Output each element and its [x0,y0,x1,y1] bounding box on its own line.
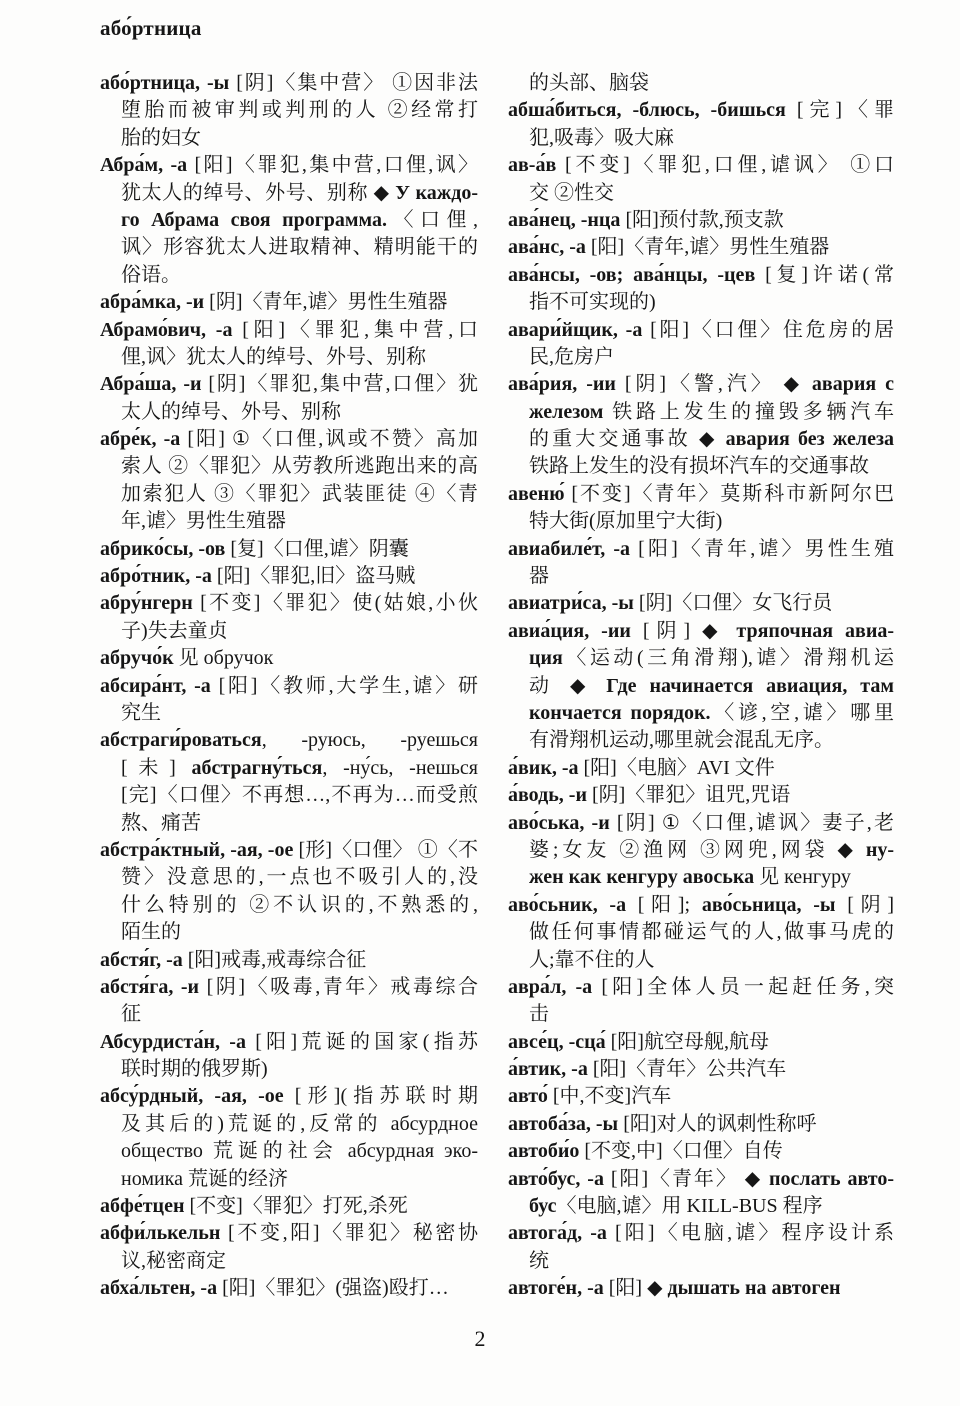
dictionary-entry: абфе́тцен [不变]〈罪犯〉打死,杀死 [100,1193,478,1220]
text-run: 〈电脑,谑〉用 KILL-BUS 程序 [557,1195,823,1217]
text-run: [阳] ①〈口俚,讽或不赞〉高加 [180,428,478,450]
entry-line: 动 ◆ Где начинается авиация, там [508,673,894,700]
entry-line: а́вик, -а [阳]〈电脑〉AVI 文件 [508,755,894,782]
headword-run: абфи́лькельн [100,1222,220,1244]
text-run: 子)失去童贞 [121,620,228,642]
headword-run: Абра́м, -а [100,154,187,176]
text-run: 动 ◆ [529,675,606,697]
entry-line: а́водь, -и [阴]〈罪犯〉诅咒,咒语 [508,782,894,809]
headword-run: Абра́ша, -и [100,373,202,395]
entry-line: авто́ [中,不变]汽车 [508,1083,894,1110]
text-run: 〈谚,空,谑〉哪里 [711,702,894,724]
entry-line: абстра́ктный, -ая, -ое [形]〈口俚〉 ①〈不 [100,837,478,864]
entry-line: автоге́н, -а [阳] ◆ дышать на автоген [508,1275,894,1302]
headword-run: аво́ська, -и [508,812,610,834]
entry-line: 究生 [100,700,478,727]
headword-run: авиатри́са, -ы [508,592,634,614]
entry-line: 的头部、脑袋 [508,70,894,97]
text-run: 的重大交通事故 ◆ [529,428,726,450]
dictionary-entry: а́вик, -а [阳]〈电脑〉AVI 文件 [508,755,894,782]
text-run: [阳]〈口俚〉住危房的居 [642,319,894,341]
headword-run: ава́нс, -а [508,236,586,258]
headword-run: абсира́нт, -а [100,675,211,697]
text-run: [阴]〈吸毒,青年〉戒毒综合 [199,976,478,998]
dictionary-entry: абсира́нт, -а [阳]〈教师,大学生,谑〉研究生 [100,673,478,728]
entry-line: 民,危房户 [508,344,894,371]
headword-run: автоба́за, -ы [508,1113,618,1135]
text-run: 征 [121,1003,141,1025]
headword-run: а́втик, -а [508,1058,588,1080]
text-run: 〈口俚, [387,209,478,231]
text-run: [阴]〈罪犯〉诅咒,咒语 [587,784,790,806]
headword-run: абстрагну́ться [192,757,323,779]
headword-run: послать авто- [769,1168,894,1190]
text-run: 索人 ②〈罪犯〉从劳教所逃跑出来的高 [121,455,478,477]
text-run: [不变]〈罪犯〉打死,杀死 [184,1195,407,1217]
text-run: 联时期的俄罗斯) [121,1058,268,1080]
text-run: 指不可实现的) [529,291,656,313]
headword-run: ну- [866,839,894,861]
dictionary-entry: ава́нс, -а [阳]〈青年,谑〉男性生殖器 [508,234,894,261]
entry-line: абсира́нт, -а [阳]〈教师,大学生,谑〉研 [100,673,478,700]
text-run: [阴]〈青年,谑〉男性生殖器 [204,291,447,313]
entry-line: абстя́га, -и [阴]〈吸毒,青年〉戒毒综合 [100,974,478,1001]
headword-run: або́ртница, -ы [100,72,229,94]
text-run: [形](指苏联时期 [284,1085,478,1107]
headword-run: авра́л, -а [508,976,592,998]
entry-line: 年,谑〉男性生殖器 [100,508,478,535]
text-run: 见 кенгуру [754,866,851,888]
headword-run: автоге́н, -а [508,1277,604,1299]
headword-run: абстя́г, -а [100,949,183,971]
dictionary-entry: абрико́сы, -ов [复]〈口俚,谑〉阴囊 [100,536,478,563]
text-run: 年,谑〉男性生殖器 [121,510,286,532]
text-run: 及其后的)荒诞的,反常的 абсурдное [121,1113,478,1135]
headword-run: Абсурдиста́н, -а [100,1031,246,1053]
entry-line: автоба́за, -ы [阳]对人的讽刺性称呼 [508,1111,894,1138]
dictionary-entry: абстраги́роваться, -руюсь, -руешься[未] а… [100,727,478,837]
headword-run: автоби́о [508,1140,579,1162]
entry-line: 太人的绰号、外号、别称 [100,399,478,426]
headword-run: абсу́рдный, -ая, -ое [100,1085,284,1107]
text-run: , -руюсь, -руешься [262,729,478,751]
headword-run: авто́ [508,1085,548,1107]
text-run: [不变]〈罪犯,口俚,谑讽〉 ①口 [556,154,894,176]
entry-line: 子)失去童贞 [100,618,478,645]
text-run: 俚,讽〉犹太人的绰号、外号、别称 [121,346,426,368]
text-run: 讽〉形容犹太人进取精神、精明能干的 [121,236,478,258]
text-run: [阴]〈警,汽〉 ◆ [616,373,812,395]
entry-line: абру́нгерн [不变]〈罪犯〉使(姑娘,小伙 [100,590,478,617]
dictionary-entry: 的头部、脑袋 [508,70,894,97]
entry-line: 器 [508,563,894,590]
headword-run: абре́к, -а [100,428,180,450]
text-run: 铁路上发生的撞毁多辆汽车 [603,401,894,423]
entry-line: 铁路上发生的没有损坏汽车的交通事故 [508,453,894,480]
headword-run: а́водь, -и [508,784,587,806]
text-run: [阳]全体人员一起赶任务,突 [592,976,894,998]
text-run: [阳] ◆ [604,1277,668,1299]
headword-run: абстра́ктный, -ая, -ое [100,839,293,861]
text-run: , -ну́сь, -нешься [322,757,478,779]
dictionary-entry: абха́льтен, -а [阳]〈罪犯〉(强盗)殴打… [100,1275,478,1302]
entry-line: 有滑翔机运动,哪里就会混乱无序。 [508,727,894,754]
entry-line: кончается порядок.〈谚,空,谑〉哪里 [508,700,894,727]
entry-line: го Абрама своя программа.〈口俚, [100,207,478,234]
entry-line: 犹太人的绰号、外号、别称 ◆ У каждо- [100,180,478,207]
text-run: общество 荒诞的社会 абсурдная эко- [121,1140,478,1162]
entry-line: 议,秘密商定 [100,1248,478,1275]
entry-line: ава́рия, -ии [阴]〈警,汽〉 ◆ авария с [508,371,894,398]
dictionary-entry: Абра́ша, -и [阴]〈罪犯,集中营,口俚〉犹太人的绰号、外号、别称 [100,371,478,426]
headword-run: ава́нец, -нца [508,209,620,231]
headword-run: абстраги́роваться [100,729,262,751]
entry-line: авиабиле́т, -а [阳]〈青年,谑〉男性生殖 [508,536,894,563]
headword-run: абра́мка, -и [100,291,204,313]
text-run: [完]〈口俚〉不再想…,不再为…而受煎 [121,784,478,806]
entry-line: 统 [508,1248,894,1275]
text-run: [阳]〈青年,谑〉男性生殖 [630,538,894,560]
headword-run: ав-а́в [508,154,556,176]
text-run: 特大街(原加里宁大街) [529,510,722,532]
headword-run: бус [529,1195,557,1217]
entry-line: ав-а́в [不变]〈罪犯,口俚,谑讽〉 ①口 [508,152,894,179]
dictionary-entry: абре́к, -а [阳] ①〈口俚,讽或不赞〉高加索人 ②〈罪犯〉从劳教所逃… [100,426,478,536]
entry-line: номика 荒诞的经济 [100,1166,478,1193]
entry-line: 交 ②性交 [508,180,894,207]
text-run: [阳]航空母舰,航母 [606,1031,769,1053]
entry-line: 加索犯人 ③〈罪犯〉武装匪徒 ④〈青 [100,481,478,508]
entry-line: або́ртница, -ы [阴]〈集中营〉 ①因非法 [100,70,478,97]
headword-run: ава́рия, -ии [508,373,616,395]
text-run: [阳]〈青年,谑〉男性生殖器 [586,236,829,258]
entry-line: [完]〈口俚〉不再想…,不再为…而受煎 [100,782,478,809]
text-run: [阴]〈集中营〉 ①因非法 [229,72,478,94]
entry-line: железом 铁路上发生的撞毁多辆汽车 [508,399,894,426]
text-run: [阳]〈罪犯,集中营,口俚,讽〉 [187,154,478,176]
entry-line: 做任何事情都碰运气的人,做事马虎的 [508,919,894,946]
entry-line: авеню́ [不变]〈青年〉莫斯科市新阿尔巴 [508,481,894,508]
headword-run: ава́нсы, -ов; ава́нцы, -цев [508,264,755,286]
entry-line: авра́л, -а [阳]全体人员一起赶任务,突 [508,974,894,1001]
entry-line: авсе́ц, -сца́ [阳]航空母舰,航母 [508,1029,894,1056]
dictionary-entry: ава́рия, -ии [阴]〈警,汽〉 ◆ авария сжелезом … [508,371,894,481]
entry-line: абра́мка, -и [阴]〈青年,谑〉男性生殖器 [100,289,478,316]
dictionary-entry: авто́ [中,不变]汽车 [508,1083,894,1110]
dictionary-entry: абша́биться, -блюсь, -бишься [完]〈罪犯,吸毒〉吸… [508,97,894,152]
headword-run: авари́йщик, -а [508,319,642,341]
entry-line: 俗语。 [100,262,478,289]
text-run: 太人的绰号、外号、别称 [121,401,341,423]
dictionary-entry: абра́мка, -и [阴]〈青年,谑〉男性生殖器 [100,289,478,316]
text-run: [不变]〈罪犯〉使(姑娘,小伙 [193,592,478,614]
text-run: [不变,阳]〈罪犯〉秘密协 [220,1222,478,1244]
text-run: [阴] ①〈口俚,谑讽〉妻子,老 [610,812,894,834]
entry-line: авари́йщик, -а [阳]〈口俚〉住危房的居 [508,317,894,344]
entry-line: жен как кенгуру авоська 见 кенгуру [508,864,894,891]
dictionary-entry: авто́бус, -а [阳]〈青年〉 ◆ послать авто-бус〈… [508,1166,894,1221]
entry-line: 犯,吸毒〉吸大麻 [508,125,894,152]
dictionary-entry: абро́тник, -а [阳]〈罪犯,旧〉盗马贼 [100,563,478,590]
dictionary-entry: а́втик, -а [阳]〈青年〉公共汽车 [508,1056,894,1083]
dictionary-entry: аво́сьник, -а [阳]; аво́сьница, -ы [阴]做任何… [508,892,894,974]
entry-line: 什么特别的 ②不认识的,不熟悉的, [100,892,478,919]
entry-line: 俚,讽〉犹太人的绰号、外号、别称 [100,344,478,371]
column-right: 的头部、脑袋абша́биться, -блюсь, -бишься [完]〈罪… [508,70,894,1303]
entry-line: а́втик, -а [阳]〈青年〉公共汽车 [508,1056,894,1083]
entry-line: абстя́г, -а [阳]戒毒,戒毒综合征 [100,947,478,974]
dictionary-entry: абручо́к 见 обручок [100,645,478,672]
text-run: [形]〈口俚〉 ①〈不 [293,839,478,861]
text-run: 击 [529,1003,549,1025]
entry-line: аво́сьник, -а [阳]; аво́сьница, -ы [阴] [508,892,894,919]
headword-run: железом [529,401,603,423]
headword-run: ция [529,647,563,669]
entry-line: ава́нец, -нца [阳]预付款,预支款 [508,207,894,234]
dictionary-entry: автога́д, -а [阳]〈电脑,谑〉程序设计系统 [508,1220,894,1275]
headword-run: абша́биться, -блюсь, -бишься [508,99,786,121]
text-run: 的头部、脑袋 [529,72,649,94]
dictionary-entry: Абсурдиста́н, -а [阳]荒诞的国家(指苏联时期的俄罗斯) [100,1029,478,1084]
dictionary-entry: абстра́ктный, -ая, -ое [形]〈口俚〉 ①〈不赞〉没意思的… [100,837,478,947]
text-run: 民,危房户 [529,346,614,368]
text-run: 什么特别的 ②不认识的,不熟悉的, [121,894,478,916]
text-run: [复]〈口俚,谑〉阴囊 [225,538,408,560]
entry-line: абре́к, -а [阳] ①〈口俚,讽或不赞〉高加 [100,426,478,453]
entry-line: 陌生的 [100,919,478,946]
dictionary-entry: авсе́ц, -сца́ [阳]航空母舰,航母 [508,1029,894,1056]
headword-run: авиабиле́т, -а [508,538,630,560]
headword-run: авария с [812,373,894,395]
headword-run: У каждо- [395,182,478,204]
headword-run: жен как кенгуру авоська [529,866,754,888]
entry-line: 特大街(原加里宁大街) [508,508,894,535]
dictionary-entry: авиатри́са, -ы [阴]〈口俚〉女飞行员 [508,590,894,617]
entry-line: 熬、痛苦 [100,810,478,837]
text-run: 赞〉没意思的,一点也不吸引人的,没 [121,866,478,888]
dictionary-entry: автоба́за, -ы [阳]对人的讽刺性称呼 [508,1111,894,1138]
text-run: [阳]〈电脑,谑〉程序设计系 [607,1222,894,1244]
text-run: 胎的妇女 [121,127,201,149]
headword-run: автога́д, -а [508,1222,607,1244]
text-run: 统 [529,1250,549,1272]
headword-run: дышать на автоген [667,1277,840,1299]
text-run: 俗语。 [121,264,181,286]
text-run: [完]〈罪 [786,99,894,121]
entry-line: ава́нс, -а [阳]〈青年,谑〉男性生殖器 [508,234,894,261]
dictionary-entry: автоге́н, -а [阳] ◆ дышать на автоген [508,1275,894,1302]
text-run: 铁路上发生的没有损坏汽车的交通事故 [529,455,869,477]
text-run: [中,不变]汽车 [548,1085,671,1107]
text-run: 交 ②性交 [529,182,614,204]
text-run: [阳]〈罪犯〉(强盗)殴打… [217,1277,449,1299]
dictionary-entry: абру́нгерн [不变]〈罪犯〉使(姑娘,小伙子)失去童贞 [100,590,478,645]
text-run: [不变]〈青年〉莫斯科市新阿尔巴 [564,483,894,505]
dictionary-entry: авеню́ [不变]〈青年〉莫斯科市新阿尔巴特大街(原加里宁大街) [508,481,894,536]
text-run: [阴] ◆ [631,620,737,642]
headword-run: кончается порядок. [529,702,711,724]
entry-line: 婆;女友 ②渔网 ③网兜,网袋 ◆ ну- [508,837,894,864]
dictionary-entry: або́ртница, -ы [阴]〈集中营〉 ①因非法堕胎而被审判或判刑的人 … [100,70,478,152]
entry-line: 赞〉没意思的,一点也不吸引人的,没 [100,864,478,891]
entry-line: общество 荒诞的社会 абсурдная эко- [100,1138,478,1165]
entry-line: Абра́ша, -и [阴]〈罪犯,集中营,口俚〉犹 [100,371,478,398]
entry-line: 及其后的)荒诞的,反常的 абсурдное [100,1111,478,1138]
dictionary-entry: авиабиле́т, -а [阳]〈青年,谑〉男性生殖器 [508,536,894,591]
text-run: [阴]〈罪犯,集中营,口俚〉犹 [202,373,479,395]
dictionary-entry: автоби́о [不变,中]〈口俚〉自传 [508,1138,894,1165]
text-run: номика 荒诞的经济 [121,1168,288,1190]
text-run: [阳]; [626,894,702,916]
headword-run: авсе́ц, -сца́ [508,1031,606,1053]
entry-line: 联时期的俄罗斯) [100,1056,478,1083]
dictionary-entry: Абрамо́вич, -а [阳]〈罪犯,集中营,口俚,讽〉犹太人的绰号、外号… [100,317,478,372]
dictionary-page: { "colors": { "background": "#fdfdfc", "… [0,0,960,1406]
entry-line: 征 [100,1001,478,1028]
entry-line: абфе́тцен [不变]〈罪犯〉打死,杀死 [100,1193,478,1220]
headword-run: аво́сьник, -а [508,894,626,916]
entry-line: абха́льтен, -а [阳]〈罪犯〉(强盗)殴打… [100,1275,478,1302]
text-run: 做任何事情都碰运气的人,做事马虎的 [529,921,894,943]
entry-line: 指不可实现的) [508,289,894,316]
text-run: [阳]〈罪犯,旧〉盗马贼 [212,565,415,587]
text-run: [阳]〈青年〉 ◆ [604,1168,769,1190]
entry-line: авто́бус, -а [阳]〈青年〉 ◆ послать авто- [508,1166,894,1193]
entry-line: бус〈电脑,谑〉用 KILL-BUS 程序 [508,1193,894,1220]
headword-run: авиа́ция, -ии [508,620,631,642]
text-run: [阴]〈口俚〉女飞行员 [634,592,832,614]
text-run: [未] [121,757,192,779]
dictionary-entry: абстя́г, -а [阳]戒毒,戒毒综合征 [100,947,478,974]
headword-run: абручо́к [100,647,174,669]
text-run: [阳]戒毒,戒毒综合征 [183,949,366,971]
text-run: 陌生的 [121,921,181,943]
entry-line: автога́д, -а [阳]〈电脑,谑〉程序设计系 [508,1220,894,1247]
dictionary-entry: авиа́ция, -ии [阴] ◆ тряпочная авиа-ция〈运… [508,618,894,755]
text-run: [阳]对人的讽刺性称呼 [618,1113,816,1135]
running-head: або́ртница [100,16,202,41]
dictionary-entry: а́водь, -и [阴]〈罪犯〉诅咒,咒语 [508,782,894,809]
entry-line: абручо́к 见 обручок [100,645,478,672]
entry-line: абстраги́роваться, -руюсь, -руешься [100,727,478,754]
text-run: [阳]荒诞的国家(指苏 [246,1031,478,1053]
headword-run: го Абрама своя программа. [121,209,387,231]
entry-line: абша́биться, -блюсь, -бишься [完]〈罪 [508,97,894,124]
headword-run: авто́бус, -а [508,1168,604,1190]
text-run: [阳]〈罪犯,集中营,口 [232,319,478,341]
entry-line: 人;靠不住的人 [508,947,894,974]
page-number: 2 [0,1326,960,1352]
headword-run: абру́нгерн [100,592,193,614]
text-run: [阳]〈教师,大学生,谑〉研 [211,675,478,697]
dictionary-entry: абстя́га, -и [阴]〈吸毒,青年〉戒毒综合征 [100,974,478,1029]
text-run: 婆;女友 ②渔网 ③网兜,网袋 ◆ [529,839,866,861]
dictionary-entry: ава́нсы, -ов; ава́нцы, -цев [复]许诺(常指不可实现… [508,262,894,317]
headword-run: аво́сьница, -ы [702,894,836,916]
column-left: або́ртница, -ы [阴]〈集中营〉 ①因非法堕胎而被审判或判刑的人 … [100,70,478,1303]
dictionary-entry: аво́ська, -и [阴] ①〈口俚,谑讽〉妻子,老婆;女友 ②渔网 ③网… [508,810,894,892]
entry-line: абрико́сы, -ов [复]〈口俚,谑〉阴囊 [100,536,478,563]
entry-line: абсу́рдный, -ая, -ое [形](指苏联时期 [100,1083,478,1110]
entry-line: абро́тник, -а [阳]〈罪犯,旧〉盗马贼 [100,563,478,590]
text-run: [阳]〈电脑〉AVI 文件 [579,757,775,779]
entry-line: Абрамо́вич, -а [阳]〈罪犯,集中营,口 [100,317,478,344]
dictionary-entry: авра́л, -а [阳]全体人员一起赶任务,突击 [508,974,894,1029]
entry-line: 的重大交通事故 ◆ авария без железа [508,426,894,453]
headword-run: абрико́сы, -ов [100,538,225,560]
text-run: 究生 [121,702,161,724]
entry-line: 击 [508,1001,894,1028]
text-run: 熬、痛苦 [121,812,201,834]
dictionary-entry: ава́нец, -нца [阳]预付款,预支款 [508,207,894,234]
dictionary-entry: ав-а́в [不变]〈罪犯,口俚,谑讽〉 ①口交 ②性交 [508,152,894,207]
entry-line: абфи́лькельн [不变,阳]〈罪犯〉秘密协 [100,1220,478,1247]
text-run: 犯,吸毒〉吸大麻 [529,127,674,149]
text-run: 有滑翔机运动,哪里就会混乱无序。 [529,729,834,751]
entry-line: Абра́м, -а [阳]〈罪犯,集中营,口俚,讽〉 [100,152,478,179]
headword-run: авария без железа [726,428,894,450]
dictionary-entry: абсу́рдный, -ая, -ое [形](指苏联时期及其后的)荒诞的,反… [100,1083,478,1193]
text-run: [阴] [836,894,894,916]
entry-line: автоби́о [不变,中]〈口俚〉自传 [508,1138,894,1165]
text-run: 加索犯人 ③〈罪犯〉武装匪徒 ④〈青 [121,483,478,505]
entry-line: авиатри́са, -ы [阴]〈口俚〉女飞行员 [508,590,894,617]
entry-line: 堕胎而被审判或判刑的人 ②经常打 [100,97,478,124]
entry-line: [未] абстрагну́ться, -ну́сь, -нешься [100,755,478,782]
text-run: 见 обручок [174,647,274,669]
entry-line: 讽〉形容犹太人进取精神、精明能干的 [100,234,478,261]
text-run: 堕胎而被审判或判刑的人 ②经常打 [121,99,478,121]
entry-line: авиа́ция, -ии [阴] ◆ тряпочная авиа- [508,618,894,645]
entry-line: 胎的妇女 [100,125,478,152]
text-run: [阳]〈青年〉公共汽车 [588,1058,786,1080]
dictionary-entry: абфи́лькельн [不变,阳]〈罪犯〉秘密协议,秘密商定 [100,1220,478,1275]
entry-line: 索人 ②〈罪犯〉从劳教所逃跑出来的高 [100,453,478,480]
headword-run: тряпочная авиа- [736,620,894,642]
entry-line: ция〈运动(三角滑翔),谑〉滑翔机运 [508,645,894,672]
headword-run: абро́тник, -а [100,565,212,587]
text-run: 议,秘密商定 [121,1250,226,1272]
headword-run: а́вик, -а [508,757,579,779]
entry-line: аво́ська, -и [阴] ①〈口俚,谑讽〉妻子,老 [508,810,894,837]
entry-line: ава́нсы, -ов; ава́нцы, -цев [复]许诺(常 [508,262,894,289]
text-run: 人;靠不住的人 [529,949,655,971]
text-run: [不变,中]〈口俚〉自传 [579,1140,782,1162]
text-run: 器 [529,565,549,587]
headword-run: абфе́тцен [100,1195,184,1217]
text-run: 〈运动(三角滑翔),谑〉滑翔机运 [563,647,894,669]
text-run: 犹太人的绰号、外号、别称 ◆ [121,182,395,204]
headword-run: авеню́ [508,483,564,505]
headword-run: Где начинается авиация, там [606,675,894,697]
text-run: [复]许诺(常 [755,264,894,286]
headword-run: абха́льтен, -а [100,1277,217,1299]
headword-run: Абрамо́вич, -а [100,319,232,341]
entry-line: Абсурдиста́н, -а [阳]荒诞的国家(指苏 [100,1029,478,1056]
headword-run: абстя́га, -и [100,976,199,998]
text-run: [阳]预付款,预支款 [620,209,783,231]
dictionary-entry: авари́йщик, -а [阳]〈口俚〉住危房的居民,危房户 [508,317,894,372]
dictionary-entry: Абра́м, -а [阳]〈罪犯,集中营,口俚,讽〉犹太人的绰号、外号、别称 … [100,152,478,289]
